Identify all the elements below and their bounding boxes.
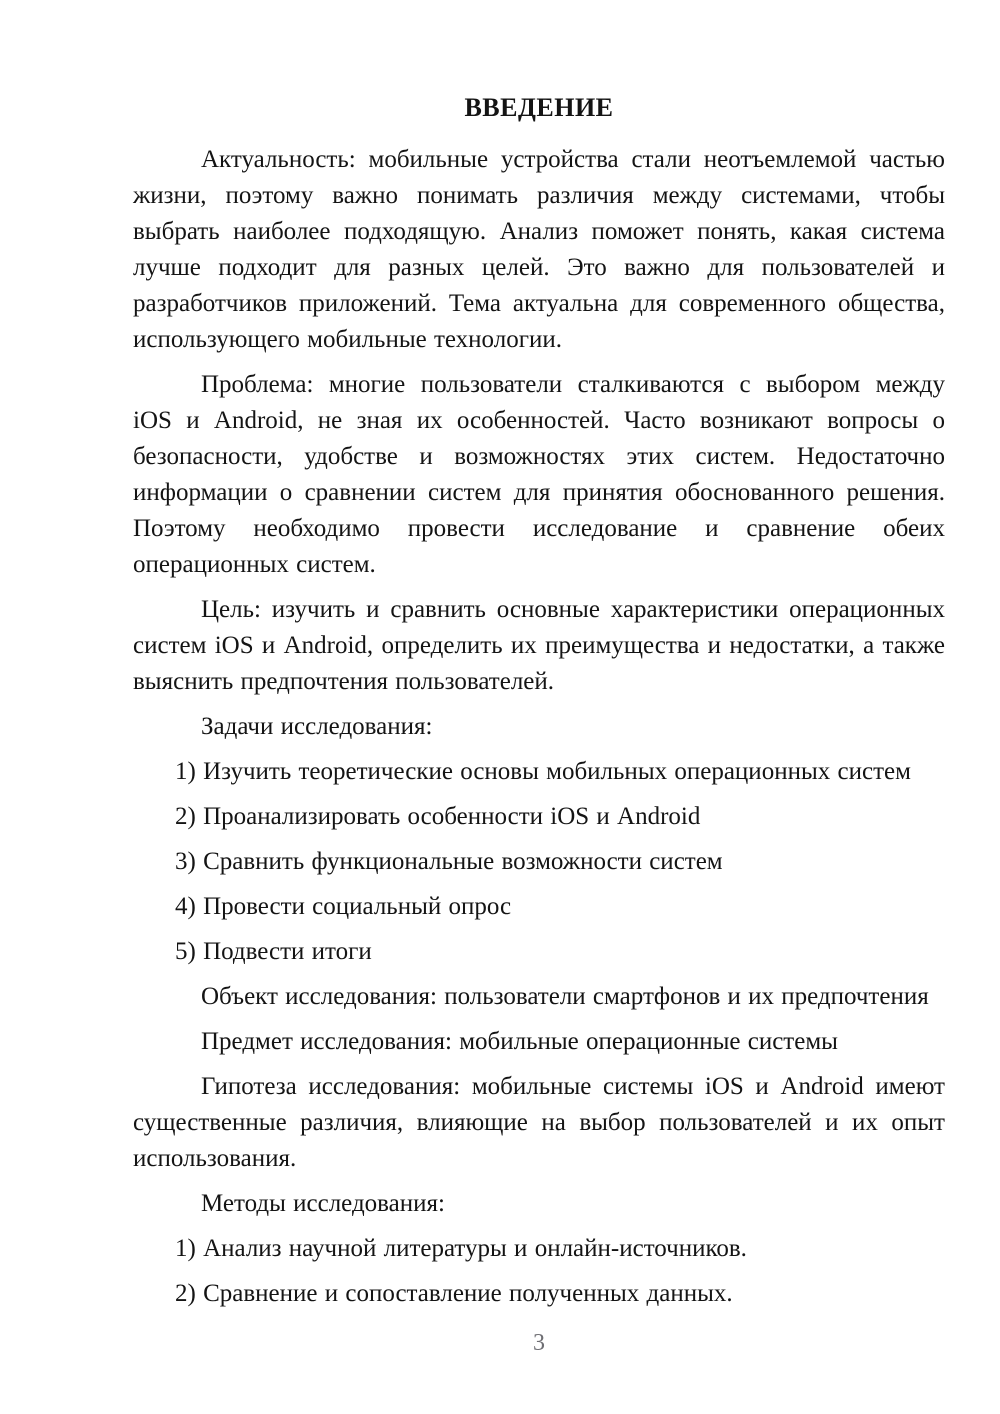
text-line: Цель: изучить и сравнить основные характ…: [133, 592, 945, 628]
text-line: выбрать наиболее подходящую. Анализ помо…: [133, 214, 945, 250]
tasks-heading: Задачи исследования:: [133, 709, 945, 745]
task-item-2: 2) Проанализировать особенности iOS и An…: [133, 799, 945, 835]
text-line: информации о сравнении систем для принят…: [133, 475, 945, 511]
text-line: Объект исследования: пользователи смартф…: [133, 979, 945, 1015]
text-line: существенные различия, влияющие на выбор…: [133, 1105, 945, 1141]
text-line: жизни, поэтому важно понимать различия м…: [133, 178, 945, 214]
document-page: ВВЕДЕНИЕ Актуальность: мобильные устройс…: [0, 0, 1000, 1414]
methods-heading: Методы исследования:: [133, 1186, 945, 1222]
method-item-2: 2) Сравнение и сопоставление полученных …: [133, 1276, 945, 1312]
text-line: 5) Подвести итоги: [133, 934, 945, 970]
text-line: iOS и Android, не зная их особенностей. …: [133, 403, 945, 439]
method-item-1: 1) Анализ научной литературы и онлайн-ис…: [133, 1231, 945, 1267]
text-line: Актуальность: мобильные устройства стали…: [133, 142, 945, 178]
text-line: 2) Сравнение и сопоставление полученных …: [133, 1276, 945, 1312]
paragraph-subject: Предмет исследования: мобильные операцио…: [133, 1024, 945, 1060]
text-line: Проблема: многие пользователи сталкивают…: [133, 367, 945, 403]
paragraph-goal: Цель: изучить и сравнить основные характ…: [133, 592, 945, 700]
text-line: 2) Проанализировать особенности iOS и An…: [133, 799, 945, 835]
text-line: использующего мобильные технологии.: [133, 322, 945, 358]
text-line: безопасности, удобстве и возможностях эт…: [133, 439, 945, 475]
paragraph-problem: Проблема: многие пользователи сталкивают…: [133, 367, 945, 583]
page-number: 3: [133, 1326, 945, 1360]
text-line: Методы исследования:: [133, 1186, 945, 1222]
paragraph-relevance: Актуальность: мобильные устройства стали…: [133, 142, 945, 358]
text-line: использования.: [133, 1141, 945, 1177]
text-line: 1) Анализ научной литературы и онлайн-ис…: [133, 1231, 945, 1267]
text-line: Задачи исследования:: [133, 709, 945, 745]
task-item-5: 5) Подвести итоги: [133, 934, 945, 970]
text-block: ВВЕДЕНИЕ Актуальность: мобильные устройс…: [133, 90, 945, 1312]
text-line: операционных систем.: [133, 547, 945, 583]
task-item-1: 1) Изучить теоретические основы мобильны…: [133, 754, 945, 790]
text-line: Гипотеза исследования: мобильные системы…: [133, 1069, 945, 1105]
paragraph-object: Объект исследования: пользователи смартф…: [133, 979, 945, 1015]
text-line: систем iOS и Android, определить их преи…: [133, 628, 945, 664]
text-line: разработчиков приложений. Тема актуальна…: [133, 286, 945, 322]
text-line: 4) Провести социальный опрос: [133, 889, 945, 925]
text-line: Поэтому необходимо провести исследование…: [133, 511, 945, 547]
text-line: 3) Сравнить функциональные возможности с…: [133, 844, 945, 880]
paragraph-hypothesis: Гипотеза исследования: мобильные системы…: [133, 1069, 945, 1177]
text-line: лучше подходит для разных целей. Это важ…: [133, 250, 945, 286]
text-line: Предмет исследования: мобильные операцио…: [133, 1024, 945, 1060]
task-item-4: 4) Провести социальный опрос: [133, 889, 945, 925]
text-line: 1) Изучить теоретические основы мобильны…: [133, 754, 945, 790]
page-title: ВВЕДЕНИЕ: [133, 90, 945, 126]
text-line: выяснить предпочтения пользователей.: [133, 664, 945, 700]
task-item-3: 3) Сравнить функциональные возможности с…: [133, 844, 945, 880]
